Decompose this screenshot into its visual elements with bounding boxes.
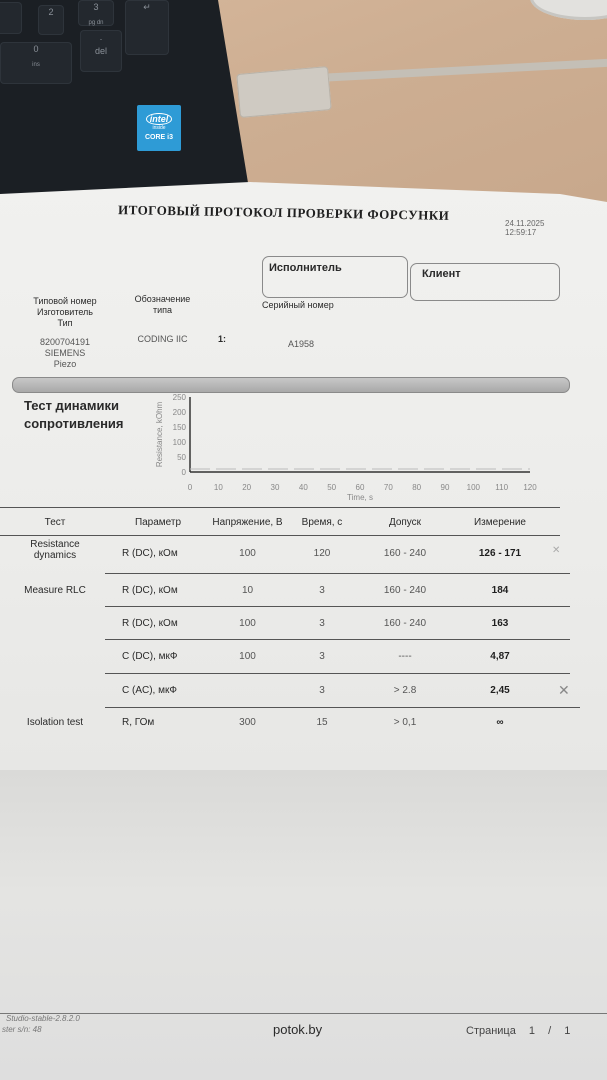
cell-param: R, ГОм (122, 717, 202, 728)
test-name-line: Resistance (10, 539, 100, 550)
laptop: 2 3pg dn ↵ 0ins .del intel inside CORE i… (0, 0, 250, 195)
laptop-key-enter: ↵ (125, 0, 169, 55)
designation-label: Обозначение типа (120, 294, 205, 316)
y-tick-label: 150 (173, 423, 187, 432)
laptop-key-0: 0ins (0, 42, 72, 84)
client-label: Клиент (422, 268, 461, 280)
cell-param: R (DC), кОм (122, 618, 202, 629)
cell-measurement: 4,87 (455, 651, 545, 662)
cell-param: C (DC), мкФ (122, 651, 202, 662)
cell-param: R (DC), кОм (122, 548, 202, 559)
executor-label: Исполнитель (269, 262, 342, 274)
x-tick-label: 50 (327, 483, 336, 492)
column-header: Параметр (118, 517, 198, 528)
x-tick-label: 120 (523, 483, 537, 492)
x-axis-label: Time, s (347, 493, 373, 502)
cell-tolerance: > 2.8 (360, 685, 450, 696)
designation-value: CODING IIC (120, 334, 205, 345)
header-underline (0, 535, 560, 536)
fail-mark-icon: ✕ (552, 545, 560, 556)
cell-time: 3 (292, 585, 352, 596)
cell-time: 3 (292, 685, 352, 696)
cell-voltage: 100 (205, 548, 290, 559)
cell-test: Resistancedynamics (10, 539, 100, 561)
row-divider (105, 673, 570, 674)
section-title: Тест динамики сопротивления (24, 397, 124, 433)
software-version: Studio-stable-2.8.2.0 (6, 1014, 80, 1023)
index-label: 1: (218, 334, 226, 345)
test-name-line: dynamics (10, 550, 100, 561)
fail-mark-icon: ✕ (558, 682, 570, 699)
x-tick-label: 30 (271, 483, 280, 492)
cell-tolerance: 160 - 240 (360, 618, 450, 629)
column-header: Допуск (360, 517, 450, 528)
cell-voltage: 10 (205, 585, 290, 596)
row-divider (105, 707, 580, 708)
x-tick-label: 40 (299, 483, 308, 492)
laptop-key (0, 2, 22, 34)
x-tick-label: 90 (441, 483, 450, 492)
table-top-line (0, 507, 560, 508)
cell-time: 15 (292, 717, 352, 728)
cell-test: Measure RLC (10, 585, 100, 596)
cell-param: R (DC), кОм (122, 585, 202, 596)
x-tick-label: 0 (188, 483, 193, 492)
resistance-chart: 0501001502002500102030405060708090100110… (150, 390, 550, 510)
y-tick-label: 0 (182, 468, 187, 477)
x-tick-label: 70 (384, 483, 393, 492)
cell-tolerance: 160 - 240 (360, 548, 450, 559)
y-tick-label: 50 (177, 453, 186, 462)
laptop-key-2: 2 (38, 5, 64, 35)
laptop-key-3: 3pg dn (78, 0, 114, 26)
x-tick-label: 110 (495, 483, 508, 492)
laptop-key-del: .del (80, 30, 122, 72)
footer-site: potok.by (273, 1022, 322, 1037)
x-tick-label: 80 (412, 483, 421, 492)
cell-measurement: 184 (455, 585, 545, 596)
x-tick-label: 100 (467, 483, 481, 492)
cell-tolerance: > 0,1 (360, 717, 450, 728)
cell-measurement: 126 - 171 (455, 548, 545, 559)
column-header: Тест (10, 517, 100, 528)
type-labels: Типовой номер Изготовитель Тип (20, 296, 110, 329)
column-header: Измерение (455, 517, 545, 528)
column-header: Время, с (292, 517, 352, 528)
cell-tolerance: 160 - 240 (360, 585, 450, 596)
cell-time: 3 (292, 651, 352, 662)
serial-value: A1958 (288, 339, 314, 350)
row-divider (105, 639, 570, 640)
x-tick-label: 20 (242, 483, 251, 492)
footer-divider (0, 1013, 607, 1014)
test-name-line: Measure RLC (10, 585, 100, 596)
x-tick-label: 10 (214, 483, 223, 492)
y-tick-label: 250 (173, 393, 187, 402)
cell-measurement: ∞ (455, 717, 545, 728)
cell-voltage: 300 (205, 717, 290, 728)
y-tick-label: 200 (173, 408, 187, 417)
tester-serial: ster s/n: 48 (2, 1025, 42, 1034)
y-tick-label: 100 (173, 438, 187, 447)
chart-canvas: 0501001502002500102030405060708090100110… (150, 390, 550, 510)
y-axis-label: Resistance, kOhm (155, 401, 164, 467)
usb-connector (236, 66, 331, 118)
row-divider (105, 606, 570, 607)
cell-param: C (AC), мкФ (122, 685, 202, 696)
row-divider (105, 573, 570, 574)
x-tick-label: 60 (356, 483, 365, 492)
cell-time: 120 (292, 548, 352, 559)
cell-test: Isolation test (10, 717, 100, 728)
cell-time: 3 (292, 618, 352, 629)
type-values: 8200704191 SIEMENS Piezo (20, 337, 110, 370)
page-indicator: Страница 1 / 1 (466, 1025, 570, 1037)
document-timestamp: 24.11.2025 12:59:17 (505, 219, 544, 237)
test-name-line: Isolation test (10, 717, 100, 728)
column-header: Напряжение, В (205, 517, 290, 528)
cell-measurement: 163 (455, 618, 545, 629)
serial-label: Серийный номер (262, 300, 334, 311)
cell-voltage: 100 (205, 651, 290, 662)
cell-voltage: 100 (205, 618, 290, 629)
cell-measurement: 2,45 (455, 685, 545, 696)
intel-sticker: intel inside CORE i3 (137, 105, 181, 151)
cell-tolerance: ---- (360, 651, 450, 662)
